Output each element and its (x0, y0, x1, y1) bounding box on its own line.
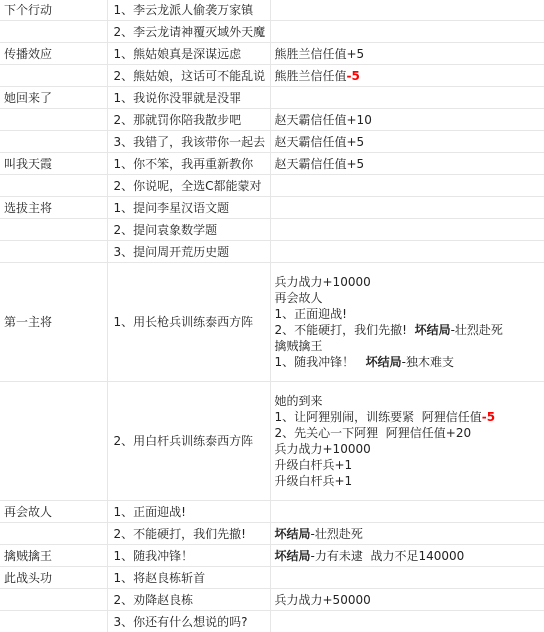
table-row: 2、你说呢，全选C都能蒙对 (0, 175, 544, 197)
result-line: 2、先关心一下阿狸 阿狸信任值+20 (275, 425, 541, 441)
result-cell (270, 175, 544, 197)
result-text: 升级白杆兵+1 (275, 474, 353, 488)
result-text: 赵天霸信任值+5 (275, 157, 365, 171)
choices-table: 下个行动1、李云龙派人偷袭万家镇2、李云龙请神覆灭域外天魔传播效应1、熊姑娘真是… (0, 0, 544, 632)
chapter-label-cell (0, 523, 107, 545)
table-row: 2、熊姑娘，这话可不能乱说熊胜兰信任值-5 (0, 65, 544, 87)
chapter-label-cell: 此战头功 (0, 567, 107, 589)
result-cell (270, 501, 544, 523)
chapter-label-cell: 她回来了 (0, 87, 107, 109)
chapter-label-cell (0, 131, 107, 153)
result-cell: 赵天霸信任值+5 (270, 153, 544, 175)
table-row: 2、劝降赵良栋兵力战力+50000 (0, 589, 544, 611)
option-cell: 2、熊姑娘，这话可不能乱说 (107, 65, 270, 87)
result-line: 升级白杆兵+1 (275, 457, 541, 473)
option-cell: 3、提问周开荒历史题 (107, 241, 270, 263)
result-line: 坏结局-壮烈赴死 (275, 527, 363, 541)
table-row: 3、提问周开荒历史题 (0, 241, 544, 263)
chapter-label-cell: 再会故人 (0, 501, 107, 523)
option-cell: 3、你还有什么想说的吗? (107, 611, 270, 632)
result-cell: 兵力战力+50000 (270, 589, 544, 611)
result-line: 再会故人 (275, 290, 541, 306)
result-text: 1、让阿狸别闹，训练要紧 阿狸信任值 (275, 410, 482, 424)
result-text: 升级白杆兵+1 (275, 458, 353, 472)
option-cell: 1、随我冲锋！ (107, 545, 270, 567)
result-cell (270, 0, 544, 21)
table-row: 3、你还有什么想说的吗? (0, 611, 544, 632)
result-cell (270, 219, 544, 241)
table-row: 她回来了1、我说你没罪就是没罪 (0, 87, 544, 109)
table-row: 下个行动1、李云龙派人偷袭万家镇 (0, 0, 544, 21)
result-text: 擒贼擒王 (275, 339, 323, 353)
result-line: 1、正面迎战! (275, 306, 541, 322)
option-cell: 1、用长枪兵训练泰西方阵 (107, 263, 270, 382)
result-line: 熊胜兰信任值+5 (275, 47, 365, 61)
result-line: 升级白杆兵+1 (275, 473, 541, 489)
result-cell: 坏结局-力有未逮 战力不足140000 (270, 545, 544, 567)
chapter-label-cell (0, 241, 107, 263)
table-row: 第一主将1、用长枪兵训练泰西方阵兵力战力+10000再会故人1、正面迎战!2、不… (0, 263, 544, 382)
result-cell (270, 567, 544, 589)
chapter-label-cell: 下个行动 (0, 0, 107, 21)
option-cell: 2、劝降赵良栋 (107, 589, 270, 611)
result-cell: 熊胜兰信任值+5 (270, 43, 544, 65)
result-line: 兵力战力+10000 (275, 274, 541, 290)
result-line: 1、让阿狸别闹，训练要紧 阿狸信任值-5 (275, 409, 541, 425)
result-cell: 赵天霸信任值+5 (270, 131, 544, 153)
result-text: 再会故人 (275, 291, 323, 305)
option-cell: 2、那就罚你陪我散步吧 (107, 109, 270, 131)
chapter-label-cell (0, 175, 107, 197)
chapter-label-cell (0, 65, 107, 87)
result-cell: 她的到来1、让阿狸别闹，训练要紧 阿狸信任值-52、先关心一下阿狸 阿狸信任值+… (270, 382, 544, 501)
chapter-label-cell (0, 219, 107, 241)
result-line: 赵天霸信任值+5 (275, 157, 365, 171)
negative-value: -5 (482, 410, 495, 424)
result-line: 兵力战力+50000 (275, 593, 371, 607)
result-text: 赵天霸信任值+5 (275, 135, 365, 149)
table-row: 此战头功1、将赵良栋斩首 (0, 567, 544, 589)
option-cell: 3、我错了，我该带你一起去 (107, 131, 270, 153)
bad-ending-label: 坏结局 (366, 355, 402, 369)
result-text: -力有未逮 战力不足140000 (311, 549, 465, 563)
choices-table-body: 下个行动1、李云龙派人偷袭万家镇2、李云龙请神覆灭域外天魔传播效应1、熊姑娘真是… (0, 0, 544, 632)
result-cell: 熊胜兰信任值-5 (270, 65, 544, 87)
table-row: 2、李云龙请神覆灭域外天魔 (0, 21, 544, 43)
table-row: 擒贼擒王1、随我冲锋！坏结局-力有未逮 战力不足140000 (0, 545, 544, 567)
result-text: 兵力战力+10000 (275, 442, 371, 456)
result-line: 坏结局-力有未逮 战力不足140000 (275, 549, 465, 563)
result-text: -独木难支 (402, 355, 454, 369)
result-line: 兵力战力+10000 (275, 441, 541, 457)
result-text: 兵力战力+10000 (275, 275, 371, 289)
result-line: 擒贼擒王 (275, 338, 541, 354)
chapter-label-cell (0, 611, 107, 632)
result-line: 熊胜兰信任值-5 (275, 69, 360, 83)
result-text: 1、正面迎战! (275, 307, 347, 321)
table-row: 再会故人1、正面迎战! (0, 501, 544, 523)
bad-ending-label: 坏结局 (275, 549, 311, 563)
chapter-label-cell: 传播效应 (0, 43, 107, 65)
result-cell: 赵天霸信任值+10 (270, 109, 544, 131)
option-cell: 1、我说你没罪就是没罪 (107, 87, 270, 109)
result-cell (270, 611, 544, 632)
table-row: 传播效应1、熊姑娘真是深谋远虑熊胜兰信任值+5 (0, 43, 544, 65)
table-row: 2、用白杆兵训练泰西方阵她的到来1、让阿狸别闹，训练要紧 阿狸信任值-52、先关… (0, 382, 544, 501)
result-text: 2、先关心一下阿狸 阿狸信任值+20 (275, 426, 472, 440)
option-cell: 1、正面迎战! (107, 501, 270, 523)
result-line: 赵天霸信任值+5 (275, 135, 365, 149)
chapter-label-cell: 选拔主将 (0, 197, 107, 219)
negative-value: -5 (347, 69, 360, 83)
chapter-label-cell: 叫我天霞 (0, 153, 107, 175)
result-text: 她的到来 (275, 394, 323, 408)
result-cell: 兵力战力+10000再会故人1、正面迎战!2、不能硬打，我们先撤! 坏结局-壮烈… (270, 263, 544, 382)
option-cell: 1、李云龙派人偷袭万家镇 (107, 0, 270, 21)
option-cell: 2、你说呢，全选C都能蒙对 (107, 175, 270, 197)
table-row: 2、提问袁象数学题 (0, 219, 544, 241)
result-cell (270, 197, 544, 219)
chapter-label-cell (0, 21, 107, 43)
result-text: 2、不能硬打，我们先撤! (275, 323, 415, 337)
chapter-label-cell (0, 382, 107, 501)
table-row: 3、我错了，我该带你一起去赵天霸信任值+5 (0, 131, 544, 153)
chapter-label-cell: 擒贼擒王 (0, 545, 107, 567)
result-cell: 坏结局-壮烈赴死 (270, 523, 544, 545)
result-text: -壮烈赴死 (311, 527, 363, 541)
option-cell: 1、你不笨，我再重新教你 (107, 153, 270, 175)
result-text: 熊胜兰信任值+5 (275, 47, 365, 61)
result-line: 她的到来 (275, 393, 541, 409)
chapter-label-cell (0, 109, 107, 131)
option-cell: 2、用白杆兵训练泰西方阵 (107, 382, 270, 501)
result-cell (270, 21, 544, 43)
result-text: -壮烈赴死 (451, 323, 503, 337)
bad-ending-label: 坏结局 (275, 527, 311, 541)
option-cell: 1、将赵良栋斩首 (107, 567, 270, 589)
option-cell: 1、提问李星汉语文题 (107, 197, 270, 219)
chapter-label-cell: 第一主将 (0, 263, 107, 382)
table-row: 选拔主将1、提问李星汉语文题 (0, 197, 544, 219)
result-text: 熊胜兰信任值 (275, 69, 347, 83)
option-cell: 1、熊姑娘真是深谋远虑 (107, 43, 270, 65)
option-cell: 2、提问袁象数学题 (107, 219, 270, 241)
bad-ending-label: 坏结局 (415, 323, 451, 337)
result-text: 兵力战力+50000 (275, 593, 371, 607)
table-row: 2、那就罚你陪我散步吧赵天霸信任值+10 (0, 109, 544, 131)
option-cell: 2、李云龙请神覆灭域外天魔 (107, 21, 270, 43)
option-cell: 2、不能硬打，我们先撤! (107, 523, 270, 545)
table-row: 2、不能硬打，我们先撤!坏结局-壮烈赴死 (0, 523, 544, 545)
result-text: 1、随我冲锋！ (275, 355, 366, 369)
result-line: 赵天霸信任值+10 (275, 113, 372, 127)
result-line: 1、随我冲锋！ 坏结局-独木难支 (275, 354, 541, 370)
result-text: 赵天霸信任值+10 (275, 113, 372, 127)
table-row: 叫我天霞1、你不笨，我再重新教你赵天霸信任值+5 (0, 153, 544, 175)
chapter-label-cell (0, 589, 107, 611)
result-cell (270, 241, 544, 263)
result-line: 2、不能硬打，我们先撤! 坏结局-壮烈赴死 (275, 322, 541, 338)
result-cell (270, 87, 544, 109)
